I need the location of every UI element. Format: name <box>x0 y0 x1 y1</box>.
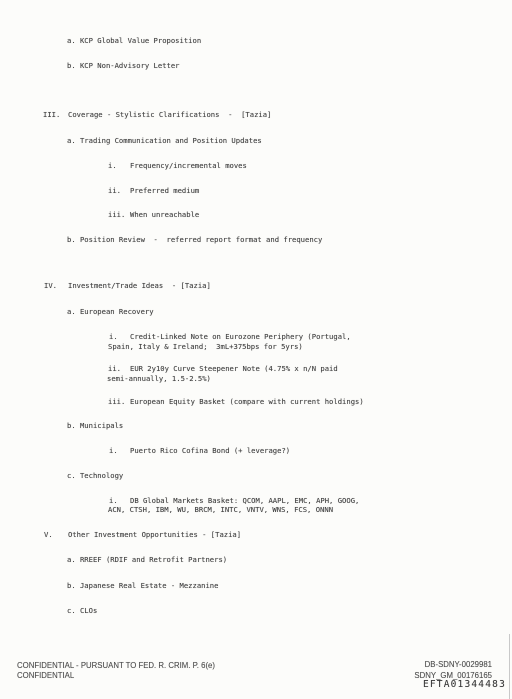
outline-section-iii-coverage: Coverage - Stylistic Clarifications - [T… <box>68 110 271 119</box>
outline-section-iv-investment-trade-ideas: Investment/Trade Ideas - [Tazia] <box>68 281 211 290</box>
outline-item-b-municipals: b. Municipals <box>67 421 123 430</box>
outline-subitem-i-db-global-markets-basket-line1: DB Global Markets Basket: QCOM, AAPL, EM… <box>130 496 359 505</box>
outline-section-v-other-investment-opportunities: V. <box>44 530 53 539</box>
outline-subitem-i-credit-linked-note-line1: i. <box>109 332 118 341</box>
outline-subitem-i-db-global-markets-basket-line2: ACN, CTSH, IBM, WU, BRCM, INTC, VNTV, WN… <box>108 505 333 514</box>
outline-item-b-position-review: b. Position Review - referred report for… <box>67 235 322 244</box>
outline-subitem-iii-european-equity-basket: iii. <box>108 397 125 406</box>
outline-item-c-technology: c. Technology <box>67 471 123 480</box>
outline-item-a-european-recovery: a. European Recovery <box>67 307 154 316</box>
outline-item-b-japanese-real-estate: b. Japanese Real Estate - Mezzanine <box>67 581 218 590</box>
outline-subitem-iii-european-equity-basket: European Equity Basket (compare with cur… <box>130 397 364 406</box>
outline-subitem-ii-eur-curve-steepener-line1: ii. <box>108 364 121 373</box>
outline-subitem-i-credit-linked-note-line2: Spain, Italy & Ireland; 3mL+375bps for 5… <box>108 342 303 351</box>
outline-subitem-iii-when-unreachable: When unreachable <box>130 210 199 219</box>
outline-section-iii-coverage: III. <box>43 110 60 119</box>
outline-item-b-kcp-non-advisory-letter: b. KCP Non-Advisory Letter <box>67 61 180 70</box>
outline-item-a-kcp-global-value-proposition: a. KCP Global Value Proposition <box>67 36 201 45</box>
bates-stamp-efta: EFTA01344483 <box>423 679 506 690</box>
outline-subitem-ii-eur-curve-steepener-line1: EUR 2y10y Curve Steepener Note (4.75% x … <box>130 364 338 373</box>
confidential-label: CONFIDENTIAL <box>17 671 74 680</box>
outline-subitem-i-db-global-markets-basket-line1: i. <box>109 496 118 505</box>
confidential-rule-notice: CONFIDENTIAL - PURSUANT TO FED. R. CRIM.… <box>17 661 215 670</box>
outline-subitem-ii-eur-curve-steepener-line2: semi-annually, 1.5-2.5%) <box>107 374 211 383</box>
outline-item-c-clos: c. CLOs <box>67 606 97 615</box>
outline-subitem-i-puerto-rico-cofina-bond: Puerto Rico Cofina Bond (+ leverage?) <box>130 446 290 455</box>
outline-subitem-i-puerto-rico-cofina-bond: i. <box>109 446 118 455</box>
outline-subitem-iii-when-unreachable: iii. <box>108 210 125 219</box>
outline-item-a-trading-communication: a. Trading Communication and Position Up… <box>67 136 262 145</box>
outline-subitem-ii-preferred-medium: ii. <box>108 186 121 195</box>
outline-subitem-i-frequency: i. <box>108 161 117 170</box>
scanned-document-page: a. KCP Global Value Propositionb. KCP No… <box>0 0 512 699</box>
outline-section-iv-investment-trade-ideas: IV. <box>44 281 57 290</box>
outline-subitem-ii-preferred-medium: Preferred medium <box>130 186 199 195</box>
outline-item-a-rreef: a. RREEF (RDIF and Retrofit Partners) <box>67 555 227 564</box>
scan-edge-artifact <box>509 634 510 699</box>
bates-number-db-sdny: DB-SDNY-0029981 <box>425 660 492 669</box>
outline-section-v-other-investment-opportunities: Other Investment Opportunities - [Tazia] <box>68 530 241 539</box>
outline-subitem-i-credit-linked-note-line1: Credit-Linked Note on Eurozone Periphery… <box>130 332 351 341</box>
outline-subitem-i-frequency: Frequency/incremental moves <box>130 161 247 170</box>
